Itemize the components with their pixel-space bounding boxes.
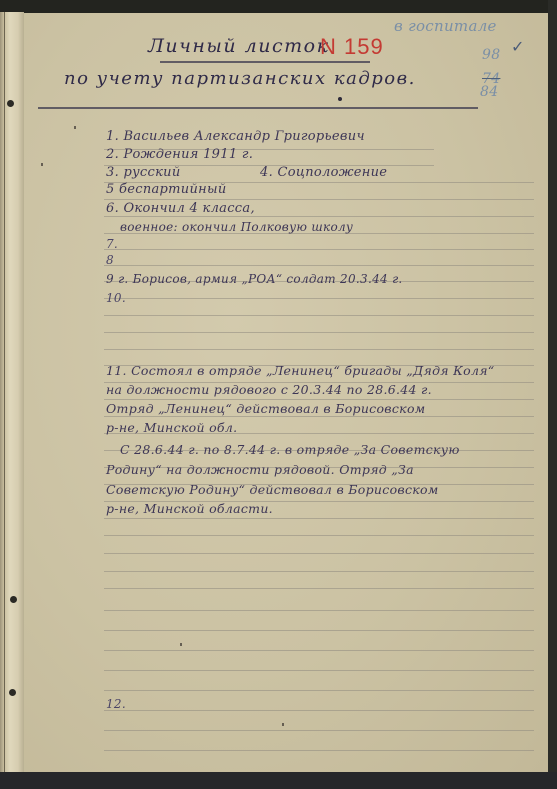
checkmark-icon: ✓ <box>511 37 525 56</box>
binding-hole <box>9 689 16 696</box>
ruled-line <box>104 650 534 651</box>
field-value: Окончил 4 класса, <box>123 201 254 216</box>
page-number-new: 98 <box>482 47 500 63</box>
ruled-line <box>104 315 534 316</box>
field-number: 6. <box>106 201 119 216</box>
section-11-line: 11. Состоял в отряде „Ленинец“ бригады „… <box>106 363 494 378</box>
scanner-right-border <box>548 0 557 789</box>
ruled-line <box>104 670 534 671</box>
ruled-line <box>104 750 534 751</box>
field-value: беспартийный <box>119 182 227 197</box>
document-subtitle: по учету партизанских кадров. <box>64 68 416 89</box>
field-value: Рождения 1911 г. <box>123 147 253 162</box>
ruled-line <box>104 265 534 266</box>
field-5-party: 5 беспартийный <box>106 182 227 197</box>
ruled-line <box>104 690 534 691</box>
scanner-bottom-border <box>0 772 557 789</box>
page-number-old: 84 <box>480 84 498 100</box>
ruled-line <box>104 730 534 731</box>
ruled-line <box>104 416 534 417</box>
spine-edge <box>4 12 5 774</box>
scanner-top-border <box>0 0 557 14</box>
ruled-line <box>104 610 534 611</box>
section-11-line: Советскую Родину“ действовал в Борисовск… <box>106 482 439 497</box>
field-number: 3. <box>106 165 119 180</box>
ruled-line <box>104 349 534 350</box>
ruled-line <box>104 553 534 554</box>
section-11-line: р-не, Минской области. <box>106 501 273 516</box>
section-11-line: на должности рядового с 20.3.44 по 28.6.… <box>106 382 432 397</box>
field-3-nationality: 3. русский <box>106 165 181 180</box>
ruled-line <box>104 535 534 536</box>
field-1-name: 1. Васильев Александр Григорьевич <box>106 129 365 144</box>
pencil-note-hospital: в госпитале <box>394 17 497 35</box>
section-11-text: Состоял в отряде „Ленинец“ бригады „Дядя… <box>131 363 494 378</box>
paper-speck <box>282 723 284 726</box>
ruled-line <box>104 588 534 589</box>
title-underline <box>160 61 370 63</box>
section-11-line: С 28.6.44 г. по 8.7.44 г. в отряде „За С… <box>120 442 460 457</box>
field-number: 4. <box>260 165 273 180</box>
header-divider <box>38 107 478 109</box>
field-value: г. Борисов, армия „РОА“ солдат 20.3.44 г… <box>118 272 402 286</box>
field-2-birth-year: 2. Рождения 1911 г. <box>106 147 253 162</box>
field-6-military-education: военное: окончил Полковую школу <box>120 220 353 234</box>
ruled-line <box>104 199 534 200</box>
ruled-line <box>104 399 534 400</box>
section-12: 12. <box>106 697 126 711</box>
field-7: 7. <box>106 237 118 251</box>
binding-hole <box>7 100 14 107</box>
field-number: 5 <box>106 182 115 197</box>
field-value: военное: окончил Полковую школу <box>120 220 353 234</box>
field-number: 2. <box>106 147 119 162</box>
ruled-line <box>104 298 534 299</box>
ruled-line <box>104 249 534 250</box>
field-10: 10. <box>106 291 126 305</box>
section-11-line: Родину“ на должности рядовой. Отряд „За <box>106 462 414 477</box>
ink-dot <box>338 97 342 101</box>
ruled-line <box>104 630 534 631</box>
ruled-line <box>104 518 534 519</box>
field-9-origin: 9 г. Борисов, армия „РОА“ солдат 20.3.44… <box>106 272 403 286</box>
section-number: 11. <box>106 363 127 378</box>
field-8: 8 <box>106 253 114 267</box>
field-4-social-status: 4. Соцположение <box>260 165 387 180</box>
ruled-line <box>104 332 534 333</box>
ruled-line <box>104 571 534 572</box>
field-number: 1. <box>106 129 119 144</box>
field-value: Васильев Александр Григорьевич <box>123 129 364 144</box>
paper-speck <box>180 643 182 646</box>
ruled-line <box>104 216 534 217</box>
ruled-line <box>104 710 534 711</box>
document-page: Личный листок N 159 в госпитале 98 ✓ по … <box>24 13 548 775</box>
field-value: русский <box>123 165 180 180</box>
section-11-line: Отряд „Ленинец“ действовал в Борисовском <box>106 401 425 416</box>
field-number: 9 <box>106 272 114 286</box>
field-6-education: 6. Окончил 4 класса, <box>106 201 255 216</box>
field-value: Соцположение <box>277 165 387 180</box>
binding-hole <box>10 596 17 603</box>
document-title: Личный листок <box>148 35 329 57</box>
section-11-line: р-не, Минской обл. <box>106 420 237 435</box>
paper-speck <box>41 163 43 166</box>
paper-speck <box>74 126 76 129</box>
record-number-stamp: N 159 <box>320 34 384 60</box>
